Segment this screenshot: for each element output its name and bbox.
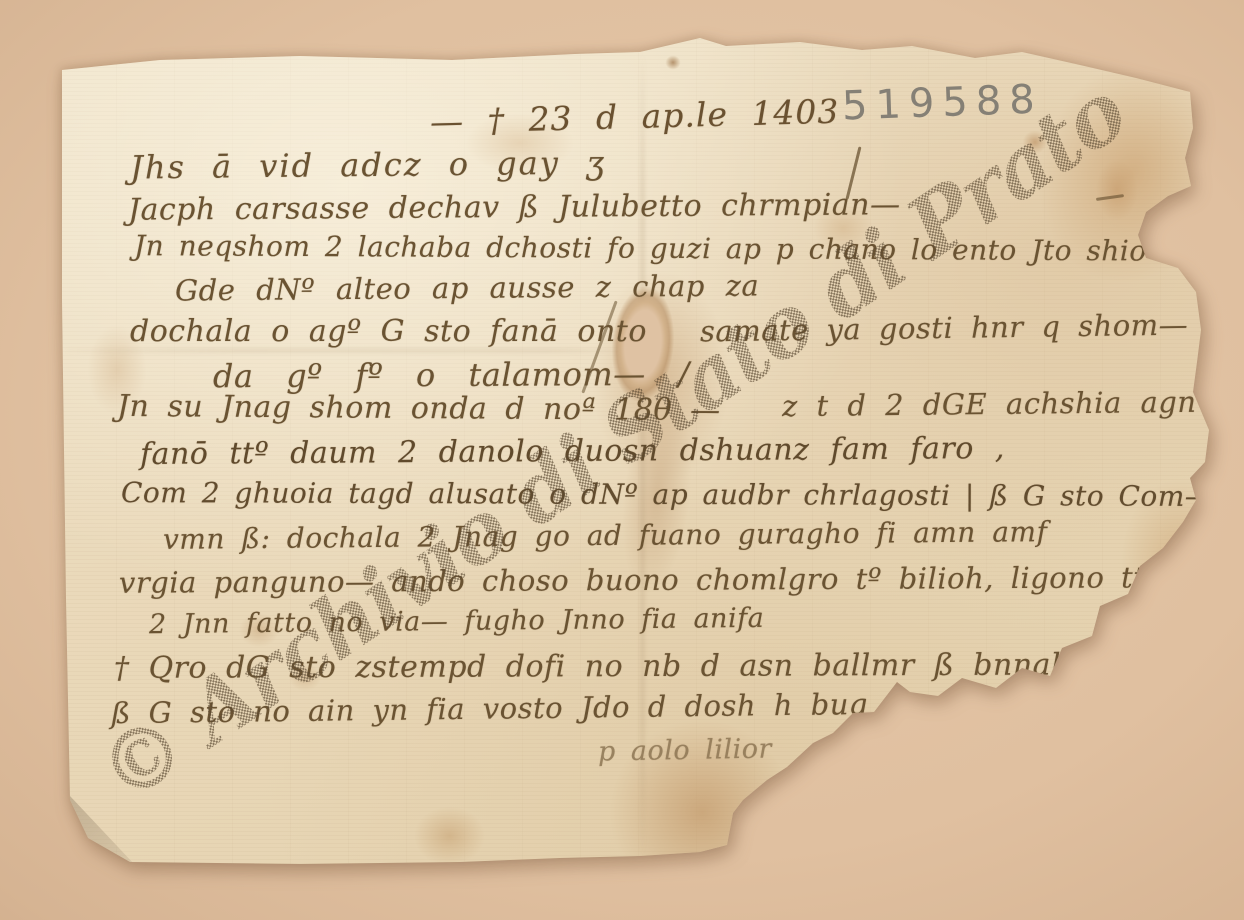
scan-background: — † 23 d ap.le 1403 519588 Jhs ā vid adc… xyxy=(0,0,1244,920)
manuscript-line: vmn ß: dochala 2 Jnag go ad fuano guragh… xyxy=(163,515,1048,556)
manuscript-line: dochala o agº G sto fanā onto xyxy=(130,314,647,349)
manuscript-line: Jn neqshom 2 lachaba dchosti fo guzi ap … xyxy=(134,229,1231,268)
stain xyxy=(412,805,487,867)
signature: p aolo lilior xyxy=(598,733,772,767)
horizontal-fold-crease xyxy=(66,349,634,352)
manuscript-line: z t d 2 dGE achshia agn xyxy=(782,385,1197,423)
stain-speck xyxy=(665,55,681,70)
ink-dash-mark xyxy=(1096,194,1124,201)
manuscript-line: Com 2 ghuoia tagd alusato o dNº ap audbr… xyxy=(121,476,1213,513)
manuscript-line: Jhs ā vid adcz o gay ʒ xyxy=(130,144,606,187)
manuscript-line: Jacph carsasse dechav ß Julubetto chrmpi… xyxy=(128,187,901,227)
manuscript-line: vrgia panguno— ando choso buono chomlgro… xyxy=(119,560,1160,599)
manuscript-line: Gde dNº alteo ap ausse z chap za xyxy=(175,268,759,307)
paper-shadow: — † 23 d ap.le 1403 519588 Jhs ā vid adc… xyxy=(0,0,1244,920)
paper-sheet: — † 23 d ap.le 1403 519588 Jhs ā vid adc… xyxy=(0,0,1244,920)
date-line: — † 23 d ap.le 1403 xyxy=(430,92,840,142)
